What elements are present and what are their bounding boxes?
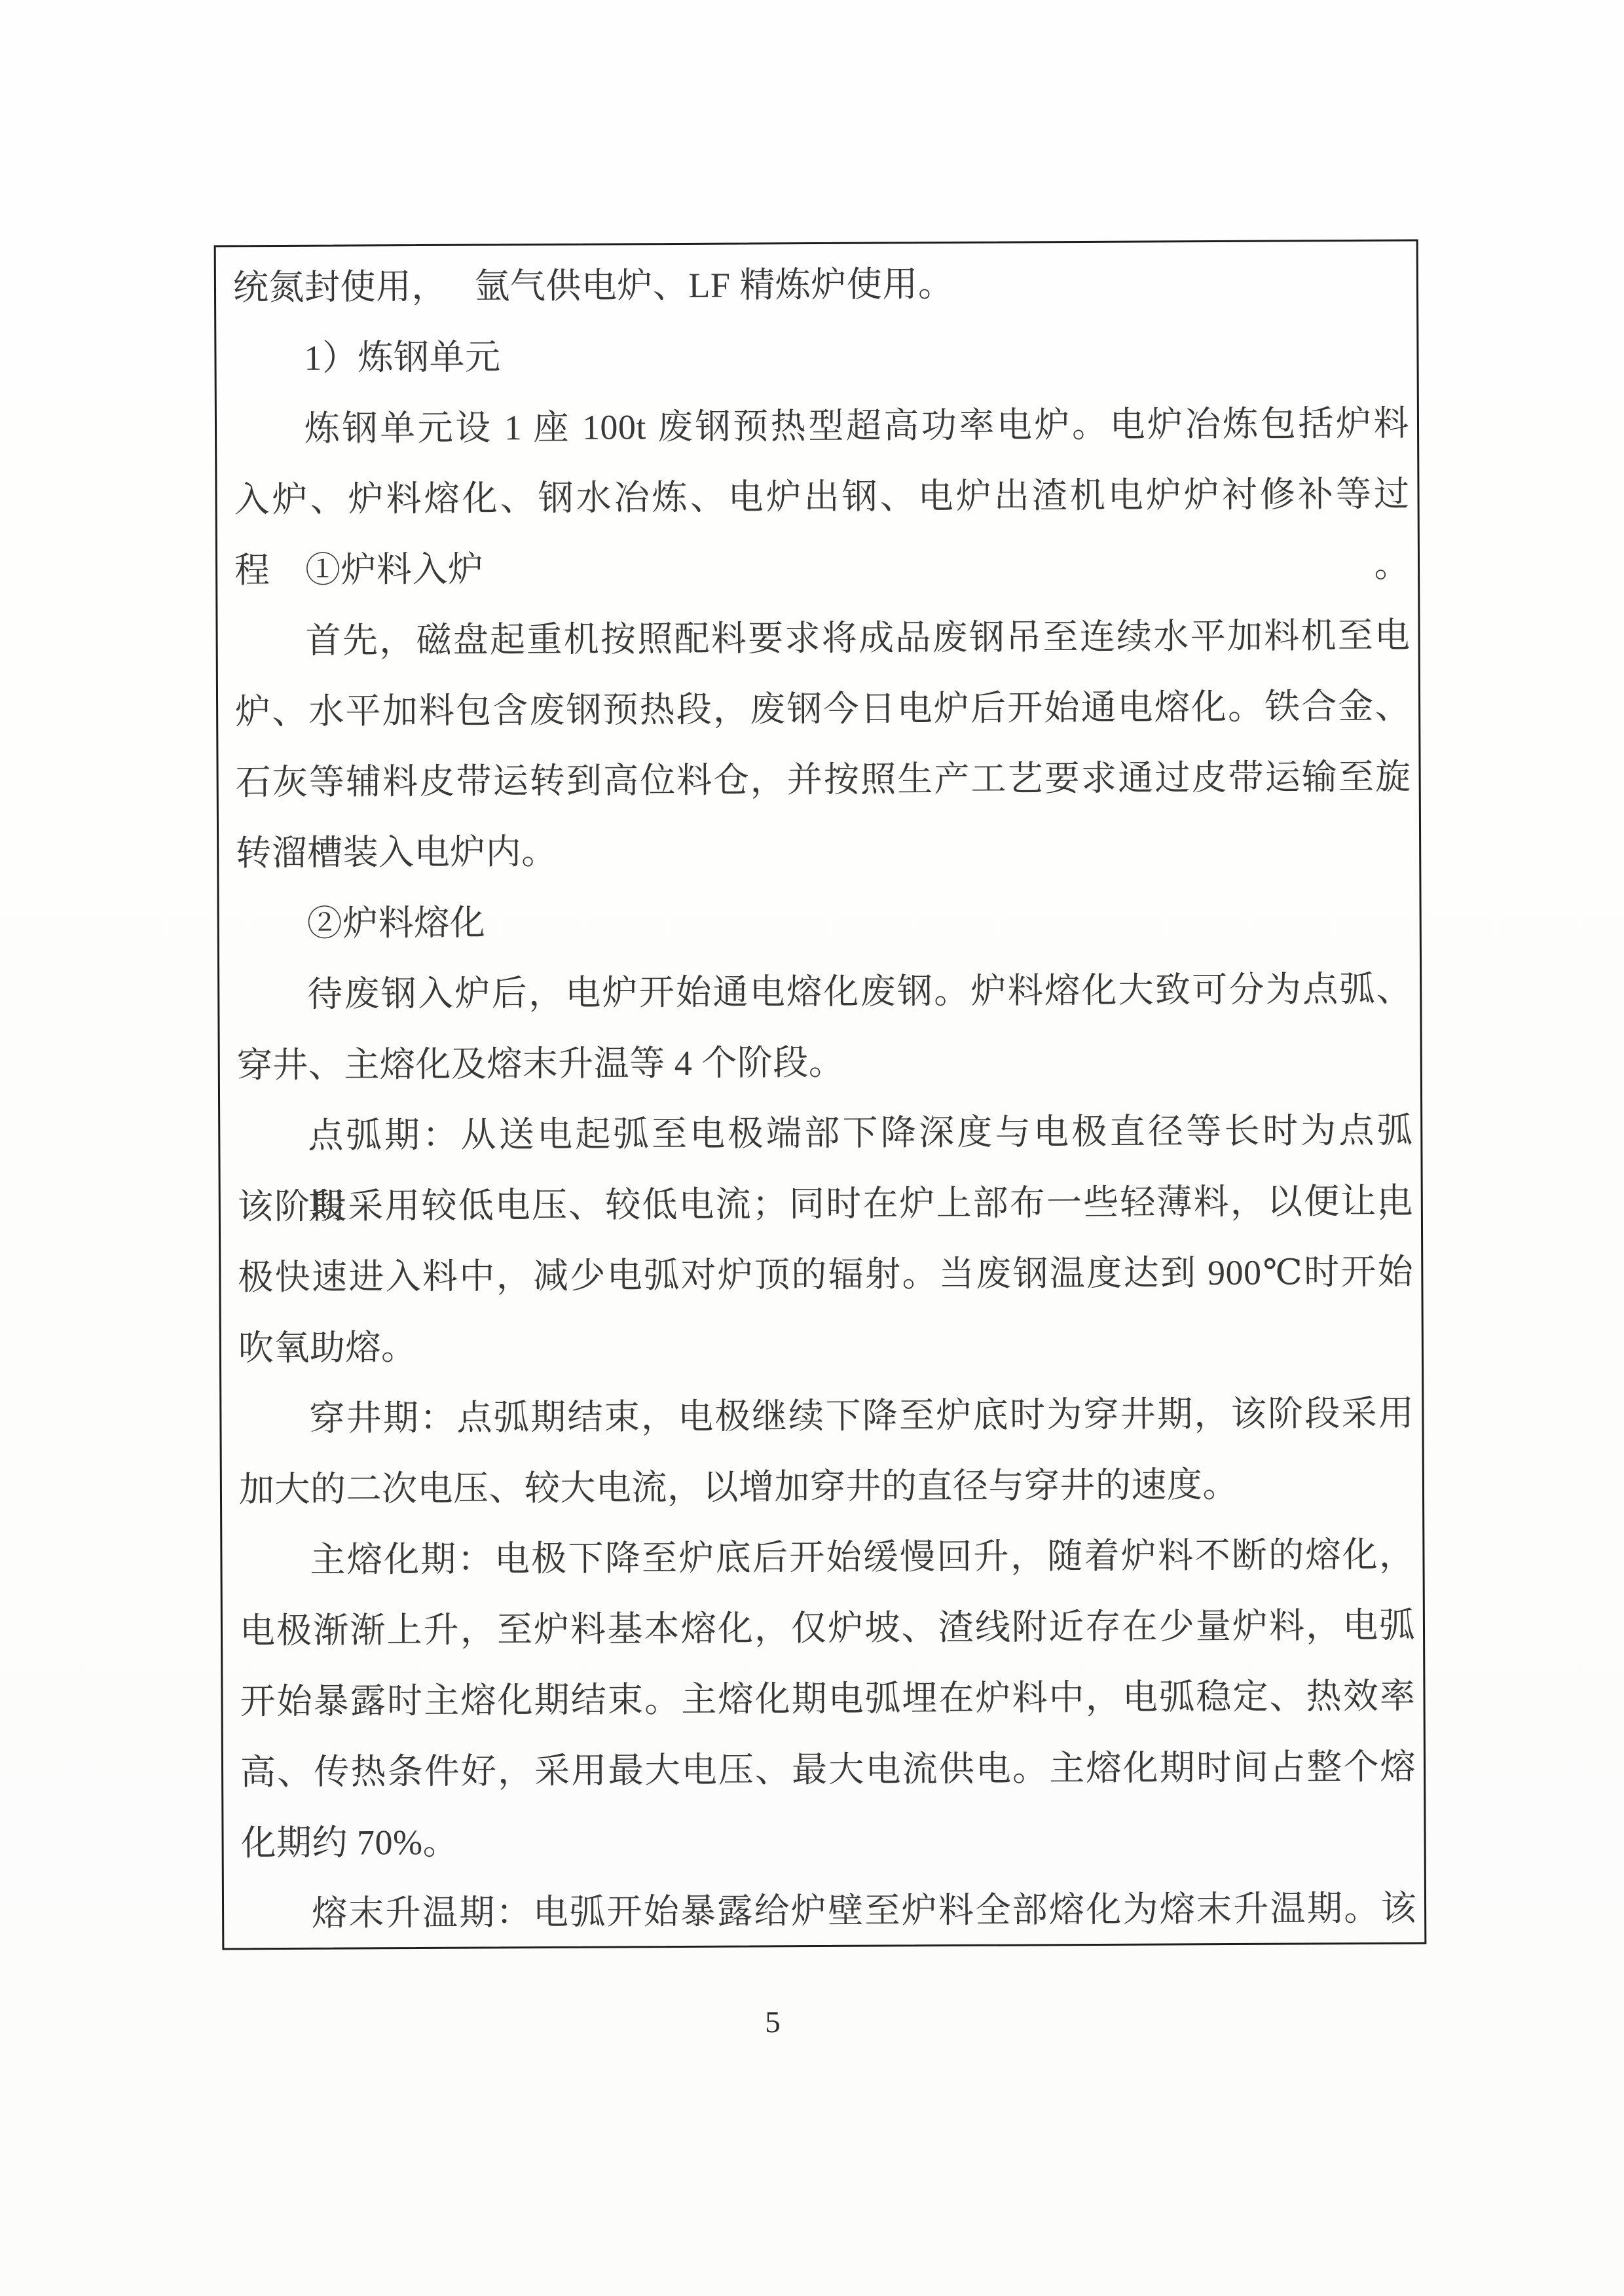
text-line: 熔末升温期：电弧开始暴露给炉壁至炉料全部熔化为熔末升温期。该 <box>241 1873 1417 1950</box>
text-line: 炼钢单元设 1 座 100t 废钢预热型超高功率电炉。电炉冶炼包括炉料 <box>234 388 1410 465</box>
text-line: 开始暴露时主熔化期结束。主熔化期电弧埋在炉料中，电弧稳定、热效率 <box>240 1661 1416 1738</box>
text-line: 待废钢入炉后，电炉开始通电熔化废钢。炉料熔化大致可分为点弧、 <box>236 954 1412 1030</box>
text-line: 极快速进入料中，减少电弧对炉顶的辐射。当废钢温度达到 900℃时开始 <box>238 1237 1414 1313</box>
text-line: 首先，磁盘起重机按照配料要求将成品废钢吊至连续水平加料机至电 <box>234 600 1411 677</box>
text-line: 高、传热条件好，采用最大电压、最大电流供电。主熔化期时间占整个熔 <box>240 1732 1416 1808</box>
text-line: 穿井、主熔化及熔末升温等 4 个阶段。 <box>237 1025 1413 1101</box>
text-line: 炉、水平加料包含废钢预热段，废钢今日电炉后开始通电熔化。铁合金、 <box>235 671 1411 748</box>
text-line: 1）炼钢单元 <box>233 318 1409 394</box>
text-line: 石灰等辅料皮带运转到高位料仓，并按照生产工艺要求通过皮带运输至旋 <box>235 742 1411 818</box>
text-line: 电极渐渐上升，至炉料基本熔化，仅炉坡、渣线附近存在少量炉料，电弧 <box>240 1590 1416 1667</box>
text-line: 主熔化期：电极下降至炉底后开始缓慢回升，随着炉料不断的熔化， <box>239 1520 1415 1596</box>
text-line: ②炉料熔化 <box>236 883 1412 960</box>
text-body: 统氮封使用， 氩气供电炉、LF 精炼炉使用。1）炼钢单元炼钢单元设 1 座 10… <box>233 247 1417 1950</box>
text-line: 穿井期：点弧期结束，电极继续下降至炉底时为穿井期，该阶段采用 <box>238 1378 1414 1455</box>
text-line: 转溜槽装入电炉内。 <box>236 812 1412 889</box>
text-line: 入炉、炉料熔化、钢水冶炼、电炉出钢、电炉出渣机电炉炉衬修补等过程。 <box>234 459 1410 536</box>
content-border-box: 统氮封使用， 氩气供电炉、LF 精炼炉使用。1）炼钢单元炼钢单元设 1 座 10… <box>214 240 1427 1950</box>
text-line: 该阶段采用较低电压、较低电流；同时在炉上部布一些轻薄料，以便让电 <box>238 1166 1414 1243</box>
text-line: 化期约 70%。 <box>240 1802 1416 1879</box>
text-line: 加大的二次电压、较大电流，以增加穿井的直径与穿井的速度。 <box>239 1449 1415 1525</box>
text-line: 点弧期：从送电起弧至电极端部下降深度与电极直径等长时为点弧期， <box>237 1095 1413 1172</box>
document-page: 统氮封使用， 氩气供电炉、LF 精炼炉使用。1）炼钢单元炼钢单元设 1 座 10… <box>0 0 1624 2296</box>
text-line: 统氮封使用， 氩气供电炉、LF 精炼炉使用。 <box>233 247 1409 323</box>
text-line: 吹氧助熔。 <box>238 1307 1414 1384</box>
page-number: 5 <box>0 2005 1545 2040</box>
